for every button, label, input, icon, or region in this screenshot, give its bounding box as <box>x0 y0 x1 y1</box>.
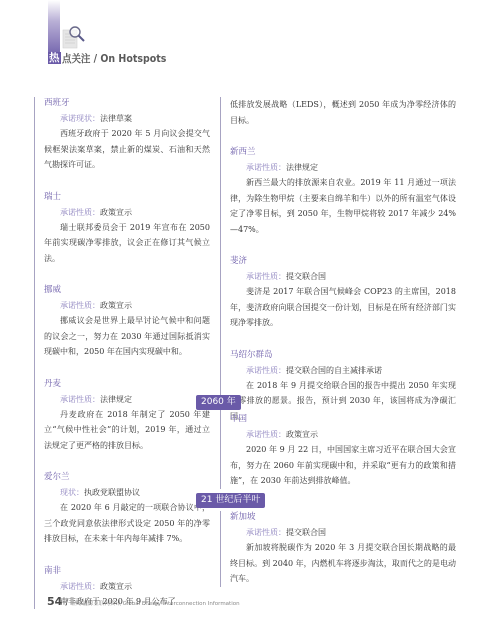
entry-norway: 挪威 承诺性质：政策宣示 挪威议会是世界上最早讨论气候中和问题的议会之一，努力在… <box>44 284 210 360</box>
country-name: 新西兰 <box>230 146 456 159</box>
section-2060: 中国 承诺性质：政策宣示 2020 年 9 月 22 日，中国国家主席习近平在联… <box>220 413 456 489</box>
section-title-text: 点关注 / On Hotspots <box>62 51 166 66</box>
meta-key: 承诺性质 <box>246 163 278 172</box>
meta-key: 承诺性质 <box>60 208 92 217</box>
page-footer: 54 / 全球能源互联网资讯 Global Energy Interconnec… <box>47 595 240 608</box>
commitment-meta: 承诺性质：政策宣示 <box>44 298 210 313</box>
entry-ireland: 爱尔兰 现状：执政党联盟协议 在 2020 年 6 月敲定的一项联合协议中，三个… <box>44 471 210 547</box>
country-name: 爱尔兰 <box>44 471 210 484</box>
meta-value: 法律草案 <box>100 114 132 123</box>
entry-switzerland: 瑞士 承诺性质：政策宣示 瑞士联邦委员会于 2019 年宣布在 2050 年前实… <box>44 191 210 267</box>
meta-value: 政策宣示 <box>286 430 318 439</box>
meta-value: 法律规定 <box>100 395 132 404</box>
commitment-meta: 承诺性质：法律规定 <box>230 160 456 175</box>
right-column: 低排放发展战略（LEDS），概述到 2050 年成为净零经济体的目标。 新西兰 … <box>220 97 456 424</box>
commitment-meta: 承诺性质：法律规定 <box>44 392 210 407</box>
meta-value: 政策宣示 <box>100 208 132 217</box>
country-name: 南非 <box>44 565 210 578</box>
left-block: 西班牙 承诺现状：法律草案 西班牙政府于 2020 年 5 月向议会提交气候框架… <box>34 97 210 609</box>
right-block-late-century: 新加坡 承诺性质：提交联合国 新加坡将脱碳作为 2020 年 3 月提交联合国长… <box>220 511 456 587</box>
entry-body: 新加坡将脱碳作为 2020 年 3 月提交联合国长期战略的最终目标。到 2040… <box>230 540 456 587</box>
left-column: 西班牙 承诺现状：法律草案 西班牙政府于 2020 年 5 月向议会提交气候框架… <box>34 97 210 609</box>
entry-body-continuation: 低排放发展战略（LEDS），概述到 2050 年成为净零经济体的目标。 <box>230 97 456 128</box>
commitment-meta: 承诺性质：政策宣示 <box>44 579 210 594</box>
country-name: 丹麦 <box>44 378 210 391</box>
commitment-meta: 承诺现状：法律草案 <box>44 111 210 126</box>
entry-china: 中国 承诺性质：政策宣示 2020 年 9 月 22 日，中国国家主席习近平在联… <box>230 413 456 489</box>
meta-key: 承诺现状 <box>60 114 92 123</box>
right-block-2060: 中国 承诺性质：政策宣示 2020 年 9 月 22 日，中国国家主席习近平在联… <box>220 413 456 489</box>
entry-body: 丹麦政府在 2018 年制定了 2050 年建立“气候中性社会”的计划，2019… <box>44 407 210 454</box>
meta-value: 政策宣示 <box>100 301 132 310</box>
entry-continuation: 低排放发展战略（LEDS），概述到 2050 年成为净零经济体的目标。 <box>230 97 456 128</box>
entry-body: 在 2020 年 6 月敲定的一项联合协议中，三个政党同意依法律形式设定 205… <box>44 500 210 547</box>
entry-body: 2020 年 9 月 22 日，中国国家主席习近平在联合国大会宣布，努力在 20… <box>230 442 456 489</box>
section-late-century: 新加坡 承诺性质：提交联合国 新加坡将脱碳作为 2020 年 3 月提交联合国长… <box>220 511 456 587</box>
meta-value: 提交联合国 <box>286 528 326 537</box>
commitment-meta: 承诺性质：提交联合国 <box>230 525 456 540</box>
country-name: 瑞士 <box>44 191 210 204</box>
meta-key: 承诺性质 <box>60 582 92 591</box>
commitment-meta: 承诺性质：政策宣示 <box>230 427 456 442</box>
section-tag-2060: 2060 年 <box>196 395 241 410</box>
meta-value: 法律规定 <box>286 163 318 172</box>
entry-body: 西班牙政府于 2020 年 5 月向议会提交气候框架法案草案，禁止新的煤炭、石油… <box>44 126 210 173</box>
meta-key: 现状 <box>60 488 76 497</box>
section-title: 热 点关注 / On Hotspots <box>48 52 177 64</box>
header-accent-bar <box>48 0 60 60</box>
meta-value: 提交联合国 <box>286 272 326 281</box>
entry-new-zealand: 新西兰 承诺性质：法律规定 新西兰最大的排放源来自农业。2019 年 11 月通… <box>230 146 456 237</box>
publication-name: 全球能源互联网资讯 Global Energy Interconnection … <box>71 599 239 607</box>
meta-key: 承诺性质 <box>246 430 278 439</box>
commitment-meta: 承诺性质：政策宣示 <box>44 205 210 220</box>
meta-key: 承诺性质 <box>60 395 92 404</box>
section-tag-late-century: 21 世纪后半叶 <box>196 493 265 508</box>
meta-key: 承诺性质 <box>60 301 92 310</box>
meta-key: 承诺性质 <box>246 366 278 375</box>
right-block-2050: 低排放发展战略（LEDS），概述到 2050 年成为净零经济体的目标。 新西兰 … <box>220 97 456 424</box>
country-name: 新加坡 <box>230 511 456 524</box>
entry-denmark: 丹麦 承诺性质：法律规定 丹麦政府在 2018 年制定了 2050 年建立“气候… <box>44 378 210 454</box>
meta-value: 政策宣示 <box>100 582 132 591</box>
commitment-meta: 承诺性质：提交联合国的自主减排承诺 <box>230 363 456 378</box>
country-name: 马绍尔群岛 <box>230 349 456 362</box>
country-name: 挪威 <box>44 284 210 297</box>
entry-body: 挪威议会是世界上最早讨论气候中和问题的议会之一，努力在 2030 年通过国际抵消… <box>44 313 210 360</box>
meta-value: 提交联合国的自主减排承诺 <box>286 366 382 375</box>
footer-separator: / <box>65 598 68 608</box>
entry-body: 瑞士联邦委员会于 2019 年宣布在 2050 年前实现碳净零排放，议会正在修订… <box>44 220 210 267</box>
meta-value: 执政党联盟协议 <box>84 488 140 497</box>
entry-singapore: 新加坡 承诺性质：提交联合国 新加坡将脱碳作为 2020 年 3 月提交联合国长… <box>230 511 456 587</box>
commitment-meta: 承诺性质：提交联合国 <box>230 269 456 284</box>
entry-body: 斐济是 2017 年联合国气候峰会 COP23 的主席国，2018 年，斐济政府… <box>230 284 456 331</box>
commitment-meta: 现状：执政党联盟协议 <box>44 485 210 500</box>
entry-body: 新西兰最大的排放源来自农业。2019 年 11 月通过一项法律，为除生物甲烷（主… <box>230 175 456 237</box>
page-number: 54 <box>47 595 62 608</box>
entry-fiji: 斐济 承诺性质：提交联合国 斐济是 2017 年联合国气候峰会 COP23 的主… <box>230 255 456 331</box>
meta-key: 承诺性质 <box>246 528 278 537</box>
country-name: 中国 <box>230 413 456 426</box>
meta-key: 承诺性质 <box>246 272 278 281</box>
entry-spain: 西班牙 承诺现状：法律草案 西班牙政府于 2020 年 5 月向议会提交气候框架… <box>44 97 210 173</box>
country-name: 斐济 <box>230 255 456 268</box>
country-name: 西班牙 <box>44 97 210 110</box>
section-title-highlight: 热 <box>48 52 61 64</box>
